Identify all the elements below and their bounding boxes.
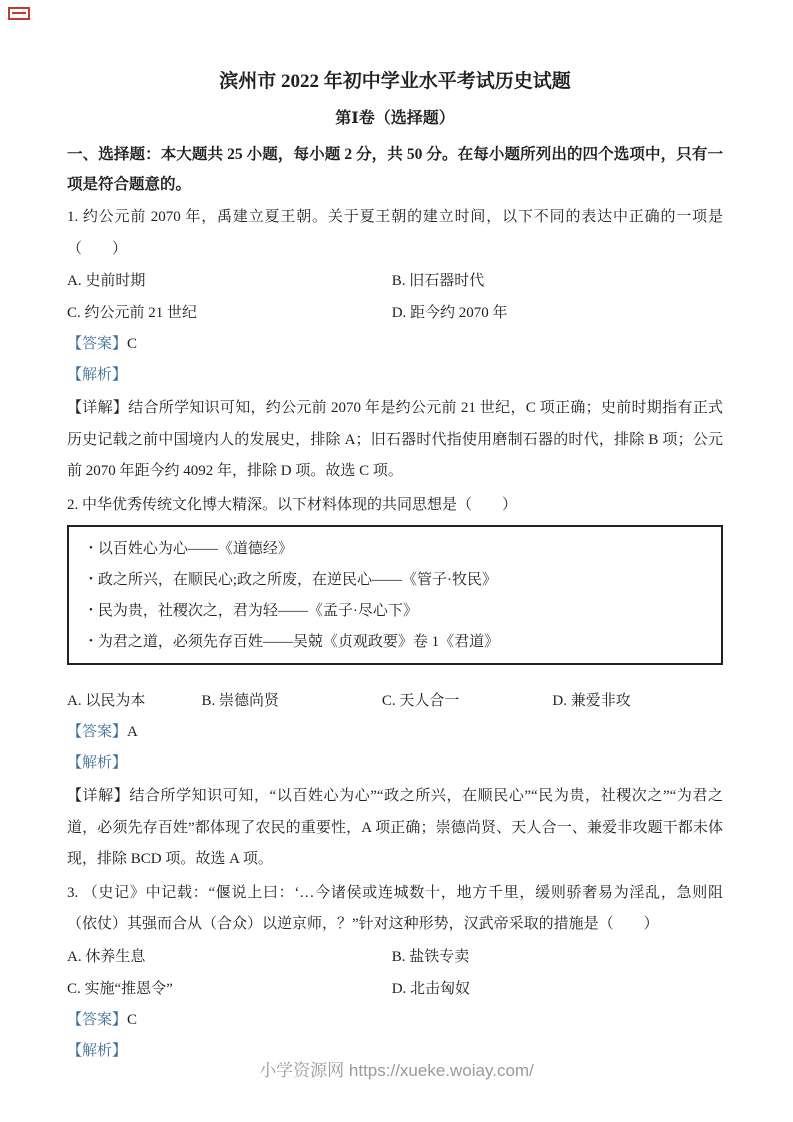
- analysis-label: 【解析】: [67, 1043, 127, 1059]
- answer-value: C: [127, 1012, 137, 1028]
- question-2-analysis-line: 【解析】: [67, 748, 723, 779]
- question-3-stem: 3. （史记》中记载：“偃说上曰：‘…今诸侯或连城数十，地方千里，缓则骄奢易为淫…: [67, 878, 723, 941]
- answer-label: 【答案】: [67, 336, 127, 352]
- exam-document-page: 滨州市 2022 年初中学业水平考试历史试题 第Ⅰ卷（选择题） 一、选择题：本大…: [0, 0, 793, 1122]
- answer-value: A: [127, 724, 138, 740]
- answer-value: C: [127, 336, 137, 352]
- material-text: 政之所兴，在顺民心;政之所废，在逆民心——《管子·牧民》: [98, 572, 497, 588]
- corner-red-mark: [8, 7, 30, 20]
- analysis-label: 【解析】: [67, 755, 127, 771]
- question-1-detail: 【详解】结合所学知识可知，约公元前 2070 年是约公元前 21 世纪，C 项正…: [67, 393, 723, 488]
- analysis-label: 【解析】: [67, 367, 127, 383]
- question-3-options: A. 休养生息 B. 盐铁专卖 C. 实施“推恩令” D. 北击匈奴: [67, 941, 723, 1005]
- material-item: •民为贵，社稷次之，君为轻——《孟子·尽心下》: [89, 595, 707, 626]
- question-2-stem: 2. 中华优秀传统文化博大精深。以下材料体现的共同思想是（ ）: [67, 490, 723, 522]
- option-c: C. 约公元前 21 世纪: [67, 297, 392, 329]
- answer-label: 【答案】: [67, 1012, 127, 1028]
- section-intro: 一、选择题：本大题共 25 小题，每小题 2 分，共 50 分。在每小题所列出的…: [67, 140, 723, 200]
- material-item: •政之所兴，在顺民心;政之所废，在逆民心——《管子·牧民》: [89, 564, 707, 595]
- question-2-options: A. 以民为本 B. 崇德尚贤 C. 天人合一 D. 兼爱非攻: [67, 685, 723, 717]
- question-1-stem: 1. 约公元前 2070 年，禹建立夏王朝。关于夏王朝的建立时间，以下不同的表达…: [67, 202, 723, 265]
- option-b: B. 盐铁专卖: [392, 941, 723, 973]
- question-1-answer-line: 【答案】C: [67, 329, 723, 360]
- bullet-dot-icon: •: [89, 573, 93, 585]
- material-text: 民为贵，社稷次之，君为轻——《孟子·尽心下》: [98, 603, 418, 619]
- question-3-answer-line: 【答案】C: [67, 1005, 723, 1036]
- option-c: C. 天人合一: [382, 685, 553, 717]
- question-1-analysis-line: 【解析】: [67, 360, 723, 391]
- option-a: A. 休养生息: [67, 941, 392, 973]
- option-d: D. 北击匈奴: [392, 973, 723, 1005]
- material-item: •为君之道，必须先存百姓——吴兢《贞观政要》卷 1《君道》: [89, 626, 707, 657]
- option-c: C. 实施“推恩令”: [67, 973, 392, 1005]
- option-b: B. 崇德尚贤: [201, 685, 381, 717]
- bullet-dot-icon: •: [89, 635, 93, 647]
- material-item: •以百姓心为心——《道德经》: [89, 533, 707, 564]
- option-a: A. 以民为本: [67, 685, 201, 717]
- answer-label: 【答案】: [67, 724, 127, 740]
- option-b: B. 旧石器时代: [392, 265, 723, 297]
- option-d: D. 距今约 2070 年: [392, 297, 723, 329]
- question-2-detail: 【详解】结合所学知识可知，“以百姓心为心”“政之所兴，在顺民心”“民为贵，社稷次…: [67, 781, 723, 876]
- option-d: D. 兼爱非攻: [552, 685, 723, 717]
- bullet-dot-icon: •: [89, 542, 93, 554]
- material-text: 以百姓心为心——《道德经》: [98, 541, 293, 557]
- option-a: A. 史前时期: [67, 265, 392, 297]
- document-content: 滨州市 2022 年初中学业水平考试历史试题 第Ⅰ卷（选择题） 一、选择题：本大…: [67, 56, 723, 1067]
- question-2-answer-line: 【答案】A: [67, 717, 723, 748]
- question-1-options: A. 史前时期 B. 旧石器时代 C. 约公元前 21 世纪 D. 距今约 20…: [67, 265, 723, 329]
- material-text: 为君之道，必须先存百姓——吴兢《贞观政要》卷 1《君道》: [98, 634, 499, 650]
- page-title: 滨州市 2022 年初中学业水平考试历史试题: [67, 64, 723, 100]
- bullet-dot-icon: •: [89, 604, 93, 616]
- question-2-material-box: •以百姓心为心——《道德经》 •政之所兴，在顺民心;政之所废，在逆民心——《管子…: [67, 525, 723, 665]
- site-watermark-link[interactable]: 小学资源网 https://xueke.woiay.com/: [0, 1058, 793, 1084]
- paper-part-heading: 第Ⅰ卷（选择题）: [67, 104, 723, 134]
